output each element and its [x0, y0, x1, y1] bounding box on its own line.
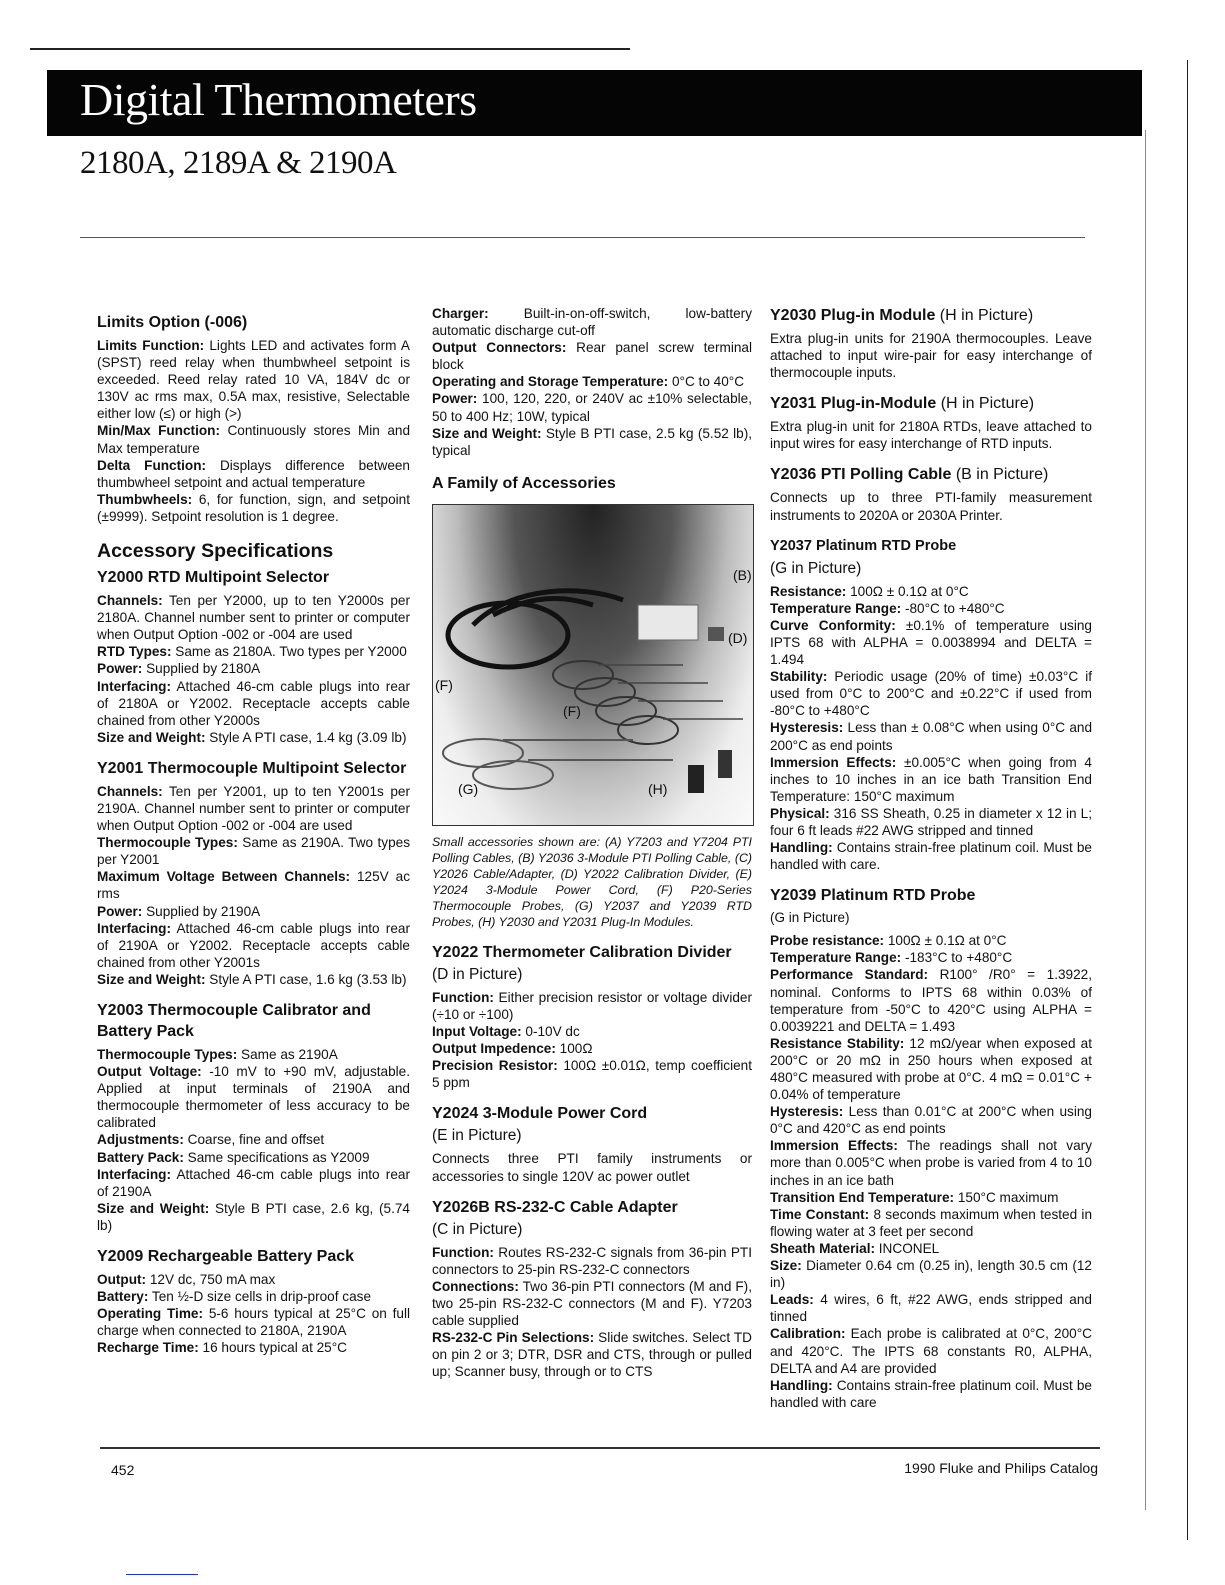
spec-value: 100Ω ± 0.1Ω at 0°C [846, 584, 968, 599]
spec-item: Size and Weight: Style A PTI case, 1.6 k… [97, 971, 410, 988]
spec-value: Coarse, fine and offset [184, 1132, 324, 1147]
spec-value: 12V dc, 750 mA max [146, 1272, 275, 1287]
spec-value: Diameter 0.64 cm (0.25 in), length 30.5 … [770, 1258, 1092, 1290]
photo-label-d: (D) [728, 630, 747, 647]
spec-label: Connections: [432, 1279, 519, 1294]
spec-label: Limits Function: [97, 338, 204, 353]
spec-item: Temperature Range: -80°C to +480°C [770, 600, 1092, 617]
spec-item: Connections: Two 36-pin PTI connectors (… [432, 1278, 752, 1329]
picture-reference: (C in Picture) [432, 1220, 752, 1240]
spec-item: Output Connectors: Rear panel screw term… [432, 339, 752, 373]
spec-label: Handling: [770, 1378, 833, 1393]
spec-item: Curve Conformity: ±0.1% of temperature u… [770, 617, 1092, 668]
picture-reference: (H in Picture) [935, 307, 1033, 324]
spec-item: Battery Pack: Same specifications as Y20… [97, 1149, 410, 1166]
picture-reference: (D in Picture) [432, 965, 752, 985]
picture-reference: (B in Picture) [951, 466, 1048, 483]
product-description: Extra plug-in unit for 2180A RTDs, leave… [770, 418, 1092, 452]
spec-label: Size and Weight: [432, 426, 542, 441]
product-description: Extra plug-in units for 2190A thermocoup… [770, 330, 1092, 381]
spec-item: Power: Supplied by 2180A [97, 660, 410, 677]
spec-item: Physical: 316 SS Sheath, 0.25 in diamete… [770, 805, 1092, 839]
spec-item: Handling: Contains strain-free platinum … [770, 1377, 1092, 1411]
spec-label: Stability: [770, 669, 827, 684]
accessories-photo: (B) (D) (F) (F) (G) (H) [432, 504, 754, 826]
spec-label: Immersion Effects: [770, 755, 896, 770]
column-1: Limits Option (-006) Limits Function: Li… [97, 312, 410, 1357]
spec-label: Size: [770, 1258, 802, 1273]
spec-value: 0°C to 40°C [668, 374, 744, 389]
spec-item: Resistance: 100Ω ± 0.1Ω at 0°C [770, 583, 1092, 600]
spec-item: RS-232-C Pin Selections: Slide switches.… [432, 1329, 752, 1380]
spec-item: Thermocouple Types: Same as 2190A. Two t… [97, 834, 410, 868]
spec-label: Thermocouple Types: [97, 835, 238, 850]
spec-label: Immersion Effects: [770, 1138, 898, 1153]
spec-item: Probe resistance: 100Ω ± 0.1Ω at 0°C [770, 932, 1092, 949]
page-edge-inner [1145, 130, 1146, 1510]
spec-label: Probe resistance: [770, 933, 884, 948]
spec-item: Function: Either precision resistor or v… [432, 989, 752, 1023]
spec-value: Style A PTI case, 1.6 kg (3.53 lb) [206, 972, 407, 987]
spec-item: Charger: Built-in-on-off-switch, low-bat… [432, 305, 752, 339]
spec-label: Size and Weight: [97, 730, 206, 745]
spec-value: 16 hours typical at 25°C [199, 1340, 347, 1355]
photo-label-h: (H) [648, 781, 667, 798]
spec-item: Battery: Ten ½-D size cells in drip-proo… [97, 1288, 410, 1305]
section-heading-accessory: Accessory Specifications [97, 539, 410, 563]
spec-label: Battery Pack: [97, 1150, 184, 1165]
spec-item: Output: 12V dc, 750 mA max [97, 1271, 410, 1288]
spec-item: Output Voltage: -10 mV to +90 mV, adjust… [97, 1063, 410, 1131]
spec-value: -183°C to +480°C [901, 950, 1012, 965]
spec-label: Curve Conformity: [770, 618, 896, 633]
spec-item: Interfacing: Attached 46-cm cable plugs … [97, 920, 410, 971]
spec-label: Time Constant: [770, 1207, 869, 1222]
product-description: Connects up to three PTI-family measurem… [770, 489, 1092, 523]
spec-value: Supplied by 2180A [142, 661, 260, 676]
spec-value: Same specifications as Y2009 [184, 1150, 370, 1165]
spec-label: Recharge Time: [97, 1340, 199, 1355]
spec-item: Interfacing: Attached 46-cm cable plugs … [97, 678, 410, 729]
photo-label-g: (G) [458, 781, 478, 798]
product-heading: Y2022 Thermometer Calibration Divider [432, 942, 752, 963]
spec-label: RTD Types: [97, 644, 172, 659]
spec-value: Same as 2190A [237, 1047, 338, 1062]
spec-label: Charger: [432, 306, 489, 321]
footer-divider [100, 1447, 1100, 1449]
spec-item: Resistance Stability: 12 mΩ/year when ex… [770, 1035, 1092, 1103]
accessories-illustration [433, 505, 753, 825]
page-number: 452 [111, 1462, 134, 1478]
spec-item: Adjustments: Coarse, fine and offset [97, 1131, 410, 1148]
spec-label: Hysteresis: [770, 1104, 843, 1119]
product-heading: Y2036 PTI Polling Cable (B in Picture) [770, 464, 1092, 485]
spec-item: Thumbwheels: 6, for function, sign, and … [97, 491, 410, 525]
photo-label-f: (F) [563, 703, 581, 720]
top-rule [30, 48, 630, 50]
spec-label: Temperature Range: [770, 601, 901, 616]
spec-item: Stability: Periodic usage (20% of time) … [770, 668, 1092, 719]
spec-value: Style A PTI case, 1.4 kg (3.09 lb) [206, 730, 407, 745]
spec-label: Maximum Voltage Between Channels: [97, 869, 350, 884]
spec-label: Power: [432, 391, 477, 406]
spec-item: Hysteresis: Less than 0.01°C at 200°C wh… [770, 1103, 1092, 1137]
page-title: Digital Thermometers [80, 73, 477, 126]
spec-value: Same as 2180A. Two types per Y2000 [172, 644, 407, 659]
product-heading: Y2037 Platinum RTD Probe [770, 536, 1092, 557]
column-2: Charger: Built-in-on-off-switch, low-bat… [432, 305, 752, 1380]
spec-value: Ten ½-D size cells in drip-proof case [148, 1289, 371, 1304]
spec-item: Output Impedence: 100Ω [432, 1040, 752, 1057]
spec-list: Channels: Ten per Y2001, up to ten Y2001… [97, 783, 410, 988]
section-heading: Limits Option (-006) [97, 312, 410, 333]
catalog-name: 1990 Fluke and Philips Catalog [904, 1460, 1098, 1476]
photo-caption: Small accessories shown are: (A) Y7203 a… [432, 834, 752, 930]
spec-label: Output Voltage: [97, 1064, 202, 1079]
section-heading-family: A Family of Accessories [432, 473, 752, 494]
spec-value: 0-10V dc [522, 1024, 580, 1039]
product-heading: Y2026B RS-232-C Cable Adapter [432, 1197, 752, 1218]
spec-item: Hysteresis: Less than ± 0.08°C when usin… [770, 719, 1092, 753]
spec-label: Power: [97, 661, 142, 676]
spec-label: Operating Time: [97, 1306, 203, 1321]
spec-item: Temperature Range: -183°C to +480°C [770, 949, 1092, 966]
spec-list: Limits Function: Lights LED and activate… [97, 337, 410, 525]
spec-list: Resistance: 100Ω ± 0.1Ω at 0°CTemperatur… [770, 583, 1092, 874]
spec-value: Supplied by 2190A [142, 904, 260, 919]
spec-item: Size and Weight: Style B PTI case, 2.6 k… [97, 1200, 410, 1234]
column-3: Y2030 Plug-in Module (H in Picture) Extr… [770, 305, 1092, 1411]
spec-label: Performance Standard: [770, 967, 928, 982]
spec-label: Calibration: [770, 1326, 846, 1341]
picture-reference: (G in Picture) [770, 908, 1092, 928]
spec-value: -80°C to +480°C [901, 601, 1004, 616]
product-heading: Y2001 Thermocouple Multipoint Selector [97, 758, 410, 779]
product-heading: Y2031 Plug-in-Module (H in Picture) [770, 393, 1092, 414]
product-description: Connects three PTI family instruments or… [432, 1150, 752, 1184]
spec-label: Power: [97, 904, 142, 919]
spec-item: Input Voltage: 0-10V dc [432, 1023, 752, 1040]
spec-item: Function: Routes RS-232-C signals from 3… [432, 1244, 752, 1278]
spec-item: Thermocouple Types: Same as 2190A [97, 1046, 410, 1063]
spec-label: Resistance: [770, 584, 846, 599]
product-heading: Y2009 Rechargeable Battery Pack [97, 1246, 410, 1267]
spec-label: Output Connectors: [432, 340, 566, 355]
product-title: Y2031 Plug-in-Module [770, 395, 936, 412]
spec-label: Min/Max Function: [97, 423, 220, 438]
spec-list: Charger: Built-in-on-off-switch, low-bat… [432, 305, 752, 459]
spec-value: INCONEL [875, 1241, 939, 1256]
spec-list: Probe resistance: 100Ω ± 0.1Ω at 0°CTemp… [770, 932, 1092, 1411]
picture-reference: (H in Picture) [936, 395, 1034, 412]
spec-label: Handling: [770, 840, 833, 855]
spec-label: Transition End Temperature: [770, 1190, 954, 1205]
spec-label: Interfacing: [97, 679, 171, 694]
spec-item: Size and Weight: Style B PTI case, 2.5 k… [432, 425, 752, 459]
link-underline [126, 1574, 198, 1575]
spec-label: Channels: [97, 593, 163, 608]
spec-list: Thermocouple Types: Same as 2190AOutput … [97, 1046, 410, 1234]
spec-item: Delta Function: Displays difference betw… [97, 457, 410, 491]
spec-item: Interfacing: Attached 46-cm cable plugs … [97, 1166, 410, 1200]
spec-item: Limits Function: Lights LED and activate… [97, 337, 410, 422]
spec-item: Recharge Time: 16 hours typical at 25°C [97, 1339, 410, 1356]
spec-label: Hysteresis: [770, 720, 843, 735]
spec-item: Immersion Effects: ±0.005°C when going f… [770, 754, 1092, 805]
spec-label: Temperature Range: [770, 950, 901, 965]
spec-value: 100, 120, 220, or 240V ac ±10% selectabl… [432, 391, 752, 423]
spec-list: Output: 12V dc, 750 mA maxBattery: Ten ½… [97, 1271, 410, 1356]
photo-label-b: (B) [733, 567, 752, 584]
spec-item: Operating Time: 5-6 hours typical at 25°… [97, 1305, 410, 1339]
spec-label: Function: [432, 990, 494, 1005]
spec-label: Interfacing: [97, 921, 171, 936]
photo-label-f: (F) [435, 677, 453, 694]
spec-item: Immersion Effects: The readings shall no… [770, 1137, 1092, 1188]
spec-label: Thumbwheels: [97, 492, 192, 507]
spec-label: Precision Resistor: [432, 1058, 558, 1073]
product-heading: Y2000 RTD Multipoint Selector [97, 567, 410, 588]
spec-item: Calibration: Each probe is calibrated at… [770, 1325, 1092, 1376]
product-heading: Y2039 Platinum RTD Probe [770, 885, 1092, 906]
spec-value: 100Ω [556, 1041, 593, 1056]
spec-value: 100Ω ± 0.1Ω at 0°C [884, 933, 1006, 948]
spec-label: Channels: [97, 784, 163, 799]
spec-item: Handling: Contains strain-free platinum … [770, 839, 1092, 873]
spec-label: Resistance Stability: [770, 1036, 904, 1051]
product-heading: Y2024 3-Module Power Cord [432, 1103, 752, 1124]
spec-label: Sheath Material: [770, 1241, 875, 1256]
spec-item: Precision Resistor: 100Ω ±0.01Ω, temp co… [432, 1057, 752, 1091]
spec-value: 4 wires, 6 ft, #22 AWG, ends stripped an… [770, 1292, 1092, 1324]
spec-list: Function: Either precision resistor or v… [432, 989, 752, 1092]
product-heading: Y2030 Plug-in Module (H in Picture) [770, 305, 1092, 326]
spec-item: Power: 100, 120, 220, or 240V ac ±10% se… [432, 390, 752, 424]
spec-list: Function: Routes RS-232-C signals from 3… [432, 1244, 752, 1381]
product-heading: Y2003 Thermocouple Calibrator and Batter… [97, 1000, 410, 1042]
spec-label: RS-232-C Pin Selections: [432, 1330, 594, 1345]
product-title: Y2036 PTI Polling Cable [770, 466, 951, 483]
product-title: Y2030 Plug-in Module [770, 307, 935, 324]
spec-item: Min/Max Function: Continuously stores Mi… [97, 422, 410, 456]
spec-label: Output Impedence: [432, 1041, 556, 1056]
spec-item: Performance Standard: R100° /R0° = 1.392… [770, 966, 1092, 1034]
spec-item: Maximum Voltage Between Channels: 125V a… [97, 868, 410, 902]
spec-item: Channels: Ten per Y2000, up to ten Y2000… [97, 592, 410, 643]
spec-label: Delta Function: [97, 458, 206, 473]
page-subtitle: 2180A, 2189A & 2190A [80, 145, 396, 182]
spec-item: RTD Types: Same as 2180A. Two types per … [97, 643, 410, 660]
spec-label: Adjustments: [97, 1132, 184, 1147]
spec-item: Transition End Temperature: 150°C maximu… [770, 1189, 1092, 1206]
spec-value: 150°C maximum [954, 1190, 1058, 1205]
spec-label: Battery: [97, 1289, 148, 1304]
spec-label: Operating and Storage Temperature: [432, 374, 668, 389]
spec-item: Time Constant: 8 seconds maximum when te… [770, 1206, 1092, 1240]
spec-label: Size and Weight: [97, 1201, 209, 1216]
spec-item: Sheath Material: INCONEL [770, 1240, 1092, 1257]
spec-item: Size and Weight: Style A PTI case, 1.4 k… [97, 729, 410, 746]
page-edge [1187, 60, 1188, 1540]
spec-item: Power: Supplied by 2190A [97, 903, 410, 920]
spec-label: Leads: [770, 1292, 814, 1307]
spec-label: Thermocouple Types: [97, 1047, 237, 1062]
spec-item: Operating and Storage Temperature: 0°C t… [432, 373, 752, 390]
spec-label: Output: [97, 1272, 146, 1287]
header-divider [80, 237, 1085, 238]
spec-item: Leads: 4 wires, 6 ft, #22 AWG, ends stri… [770, 1291, 1092, 1325]
spec-item: Size: Diameter 0.64 cm (0.25 in), length… [770, 1257, 1092, 1291]
picture-reference: (G in Picture) [770, 559, 1092, 579]
spec-item: Channels: Ten per Y2001, up to ten Y2001… [97, 783, 410, 834]
spec-label: Function: [432, 1245, 494, 1260]
spec-list: Channels: Ten per Y2000, up to ten Y2000… [97, 592, 410, 746]
spec-label: Input Voltage: [432, 1024, 522, 1039]
spec-label: Interfacing: [97, 1167, 171, 1182]
spec-label: Physical: [770, 806, 830, 821]
picture-reference: (E in Picture) [432, 1126, 752, 1146]
spec-label: Size and Weight: [97, 972, 206, 987]
